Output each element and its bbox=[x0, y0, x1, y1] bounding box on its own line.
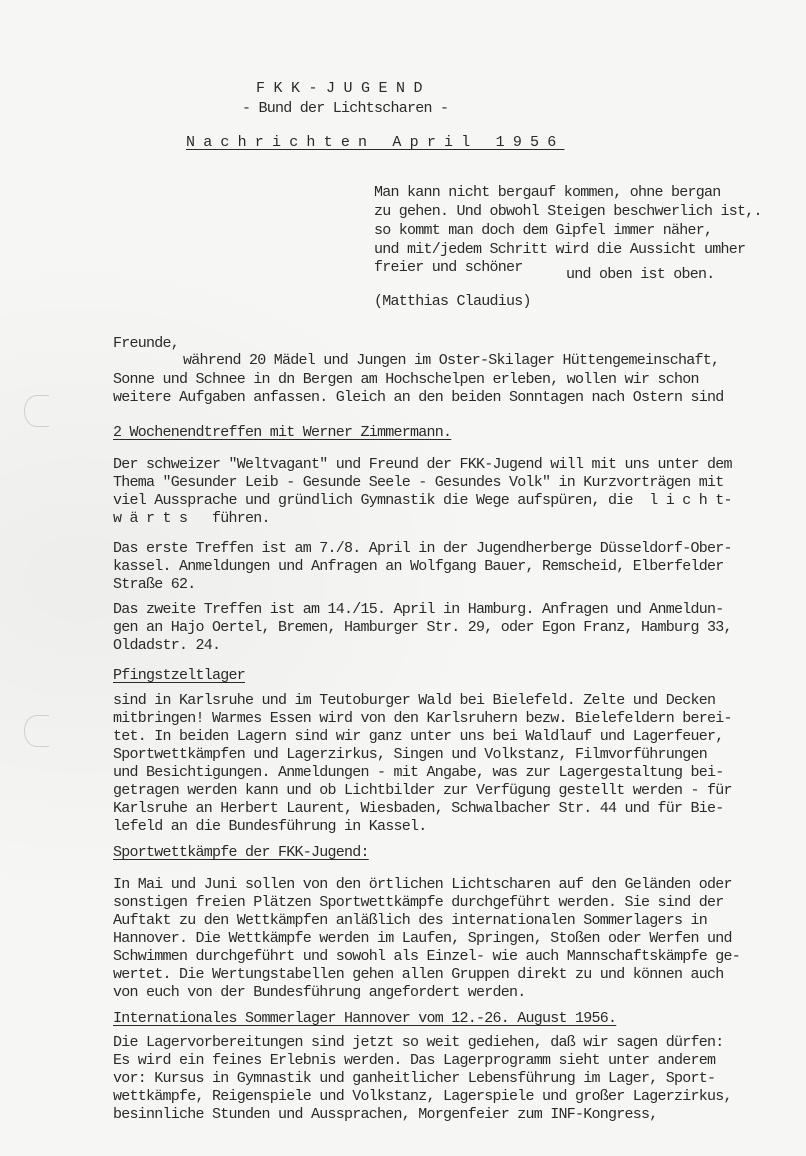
body-line: und Besichtigungen. Anmeldungen - mit An… bbox=[113, 764, 724, 782]
body-line: Es wird ein feines Erlebnis werden. Das … bbox=[113, 1052, 715, 1070]
quote-author: (Matthias Claudius) bbox=[374, 293, 531, 311]
quote-line: und mit/jedem Schritt wird die Aussicht … bbox=[374, 241, 745, 259]
body-line: tet. In beiden Lagern sind wir ganz unte… bbox=[113, 728, 724, 746]
body-line: w ä r t s führen. bbox=[113, 510, 270, 528]
body-line: sind in Karlsruhe und im Teutoburger Wal… bbox=[113, 692, 715, 710]
org-name: FKK-JUGEND bbox=[256, 80, 431, 98]
body-line: mitbringen! Warmes Essen wird von den Ka… bbox=[113, 710, 732, 728]
body-line: Karlsruhe an Herbert Laurent, Wiesbaden,… bbox=[113, 800, 724, 818]
quote-line: Man kann nicht bergauf kommen, ohne berg… bbox=[374, 184, 721, 202]
body-line: sonstigen freien Plätzen Sportwettkämpfe… bbox=[113, 894, 724, 912]
body-line: Der schweizer "Weltvagant" und Freund de… bbox=[113, 456, 732, 474]
body-line: kassel. Anmeldungen und Anfragen an Wolf… bbox=[113, 558, 724, 576]
org-subtitle: - Bund der Lichtscharen - bbox=[242, 100, 448, 118]
quote-line: freier und schöner bbox=[374, 259, 523, 277]
quote-tail: und oben ist oben. bbox=[566, 266, 715, 284]
body-line: während 20 Mädel und Jungen im Oster-Ski… bbox=[183, 352, 719, 370]
body-line: wettkämpfe, Reigenspiele und Volkstanz, … bbox=[113, 1088, 732, 1106]
body-line: Sportwettkämpfen und Lagerzirkus, Singen… bbox=[113, 746, 707, 764]
body-line: Das erste Treffen ist am 7./8. April in … bbox=[113, 540, 732, 558]
body-line: vor: Kursus in Gymnastik und ganheitlich… bbox=[113, 1070, 715, 1088]
quote-line: zu gehen. Und obwohl Steigen beschwerlic… bbox=[374, 203, 762, 221]
body-line: getragen werden kann und ob Lichtbilder … bbox=[113, 782, 732, 800]
section-heading: 2 Wochenendtreffen mit Werner Zimmermann… bbox=[113, 424, 451, 442]
scanned-page: FKK-JUGEND - Bund der Lichtscharen - Nac… bbox=[0, 0, 806, 1156]
body-line: Hannover. Die Wettkämpfe werden im Laufe… bbox=[113, 930, 732, 948]
body-line: Das zweite Treffen ist am 14./15. April … bbox=[113, 601, 724, 619]
body-line: Thema "Gesunder Leib - Gesunde Seele - G… bbox=[113, 474, 724, 492]
body-line: Auftakt zu den Wettkämpfen anläßlich des… bbox=[113, 912, 707, 930]
body-line: Oldadstr. 24. bbox=[113, 637, 220, 655]
body-line: wertet. Die Wertungstabellen gehen allen… bbox=[113, 966, 724, 984]
punch-hole bbox=[24, 395, 49, 427]
body-line: besinnliche Stunden und Aussprachen, Mor… bbox=[113, 1106, 658, 1124]
page-title: Nachrichten April 1956 bbox=[186, 134, 564, 152]
body-line: In Mai und Juni sollen von den örtlichen… bbox=[113, 876, 732, 894]
body-line: Schwimmen durchgeführt und sowohl als Ei… bbox=[113, 948, 740, 966]
body-line: gen an Hajo Oertel, Bremen, Hamburger St… bbox=[113, 619, 732, 637]
section-heading: Sportwettkämpfe der FKK-Jugend: bbox=[113, 844, 369, 862]
body-line: Sonne und Schnee in dn Bergen am Hochsch… bbox=[113, 371, 699, 389]
salutation: Freunde, bbox=[113, 335, 179, 353]
punch-hole bbox=[24, 715, 49, 747]
body-line: viel Aussprache und gründlich Gymnastik … bbox=[113, 492, 732, 510]
body-line: von euch von der Bundesführung angeforde… bbox=[113, 984, 526, 1002]
quote-line: so kommt man doch dem Gipfel immer näher… bbox=[374, 222, 712, 240]
section-heading: Internationales Sommerlager Hannover vom… bbox=[113, 1010, 616, 1028]
body-line: weitere Aufgaben anfassen. Gleich an den… bbox=[113, 389, 724, 407]
body-line: Die Lagervorbereitungen sind jetzt so we… bbox=[113, 1034, 724, 1052]
section-heading: Pfingstzeltlager bbox=[113, 667, 245, 685]
body-line: Straße 62. bbox=[113, 576, 196, 594]
body-line: lefeld an die Bundesführung in Kassel. bbox=[113, 818, 427, 836]
